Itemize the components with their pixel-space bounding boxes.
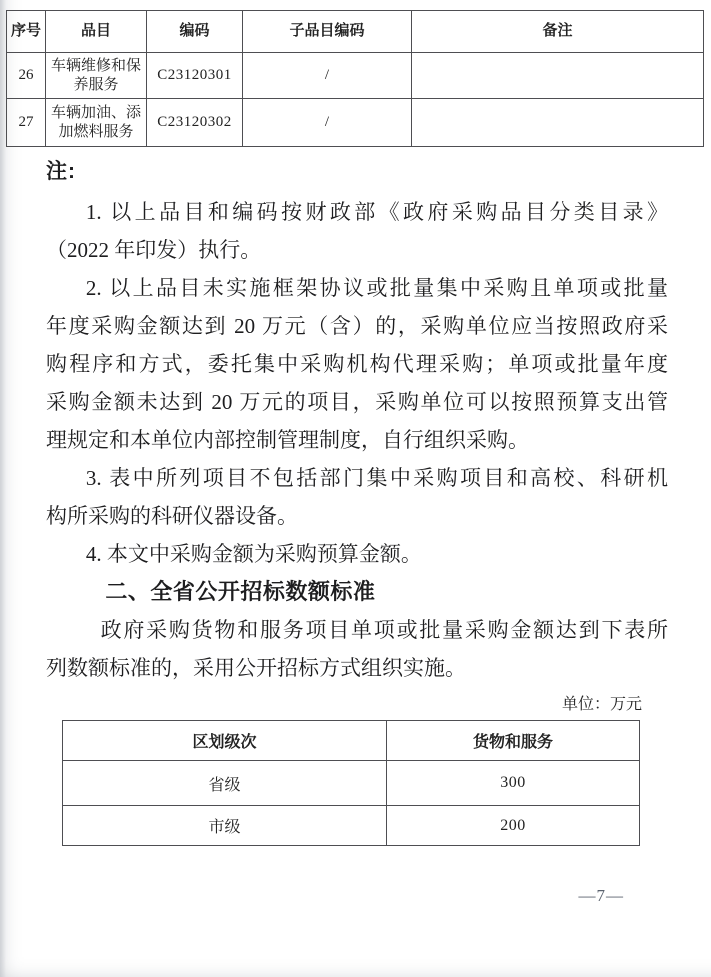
note-line: 年度采购金额达到 20 万元（含）的，采购单位应当按照政府采 [46, 307, 668, 345]
cell-code: C23120302 [147, 99, 243, 147]
cell-subcode: / [243, 53, 412, 99]
cell-region-level: 市级 [63, 806, 387, 846]
document-page: 序号 品目 编码 子品目编码 备注 26 车辆维修和保 养服务 C2312030… [0, 0, 711, 977]
cell-threshold-value: 200 [387, 806, 640, 846]
note-line: 购程序和方式，委托集中采购机构代理采购；单项或批量年度 [46, 345, 668, 383]
note-line: （2022 年印发）执行。 [46, 231, 668, 269]
unit-label: 单位：万元 [562, 691, 642, 714]
body-text-block: 注: 1. 以上品目和编码按财政部《政府采购品目分类目录》 （2022 年印发）… [46, 160, 668, 687]
cell-remark [412, 99, 704, 147]
table-row: 27 车辆加油、添 加燃料服务 C23120302 / [7, 99, 704, 147]
notes-label: 注: [46, 160, 668, 193]
column-header-subcode: 子品目编码 [243, 11, 412, 53]
cell-subcode: / [243, 99, 412, 147]
column-header-serial: 序号 [7, 11, 46, 53]
paragraph-line: 政府采购货物和服务项目单项或批量采购金额达到下表所 [46, 611, 668, 649]
column-header-item: 品目 [46, 11, 147, 53]
cell-region-level: 省级 [63, 761, 387, 806]
paragraph-line: 列数额标准的，采用公开招标方式组织实施。 [46, 649, 668, 687]
cell-item: 车辆加油、添 加燃料服务 [46, 99, 147, 147]
items-table: 序号 品目 编码 子品目编码 备注 26 车辆维修和保 养服务 C2312030… [6, 10, 704, 147]
threshold-table-header-row: 区划级次 货物和服务 [63, 721, 640, 761]
note-line: 4. 本文中采购金额为采购预算金额。 [46, 535, 668, 573]
column-header-region-level: 区划级次 [63, 721, 387, 761]
cell-code: C23120301 [147, 53, 243, 99]
cell-serial: 27 [7, 99, 46, 147]
section-heading: 二、全省公开招标数额标准 [46, 573, 668, 611]
note-line: 理规定和本单位内部控制管理制度，自行组织采购。 [46, 421, 668, 459]
column-header-code: 编码 [147, 11, 243, 53]
column-header-remark: 备注 [412, 11, 704, 53]
note-line: 采购金额未达到 20 万元的项目，采购单位可以按照预算支出管 [46, 383, 668, 421]
note-line: 构所采购的科研仪器设备。 [46, 497, 668, 535]
column-header-goods-services: 货物和服务 [387, 721, 640, 761]
page-number: —7— [579, 886, 625, 906]
threshold-table: 区划级次 货物和服务 省级 300 市级 200 [62, 720, 640, 846]
cell-serial: 26 [7, 53, 46, 99]
cell-item: 车辆维修和保 养服务 [46, 53, 147, 99]
cell-remark [412, 53, 704, 99]
table-row: 市级 200 [63, 806, 640, 846]
note-line: 3. 表中所列项目不包括部门集中采购项目和高校、科研机 [46, 459, 668, 497]
table-row: 26 车辆维修和保 养服务 C23120301 / [7, 53, 704, 99]
table-row: 省级 300 [63, 761, 640, 806]
note-line: 1. 以上品目和编码按财政部《政府采购品目分类目录》 [46, 193, 668, 231]
note-line: 2. 以上品目未实施框架协议或批量集中采购且单项或批量 [46, 269, 668, 307]
cell-threshold-value: 300 [387, 761, 640, 806]
items-table-header-row: 序号 品目 编码 子品目编码 备注 [7, 11, 704, 53]
